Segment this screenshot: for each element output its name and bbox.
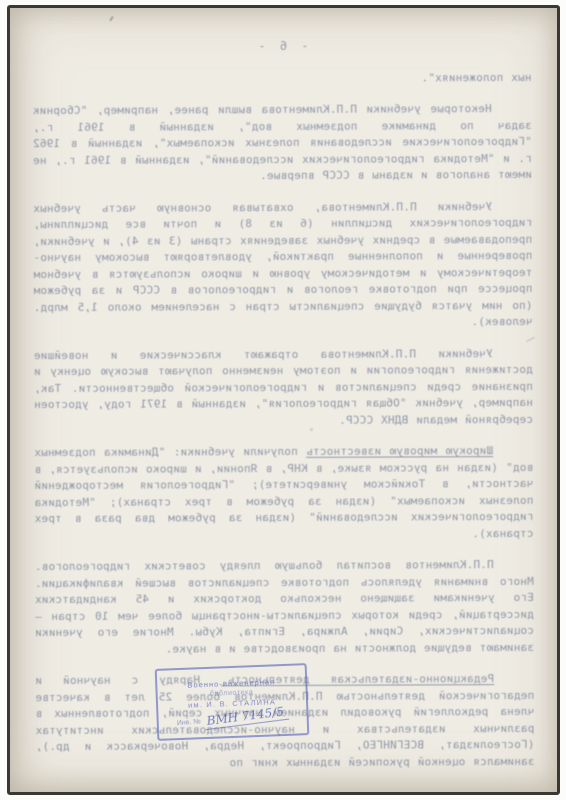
paragraph-text: Учебники П.П.Климентова отражают классич… <box>34 347 533 427</box>
hanging-line: ных положениях". <box>33 69 532 88</box>
scanned-document-page: - 6 - ных положениях". Некоторые учебник… <box>0 0 566 800</box>
paragraph: П.П.Климентов воспитал большую плеяду со… <box>35 557 534 658</box>
paragraph: Широкую мировую известность получили уче… <box>34 443 533 544</box>
stamp-line-1: Военно-инженерная <box>187 677 275 689</box>
paragraph: Учебники П.П.Климентова, охватывая основ… <box>33 198 533 332</box>
stamp-inventory-row: Инв. № ВМН 7145/5 <box>176 705 288 729</box>
paragraph-text: П.П.Климентов воспитал большую плеяду со… <box>35 558 534 655</box>
scan-speck <box>109 16 119 25</box>
stamp-inventory-label: Инв. № <box>177 718 201 727</box>
stamp-line-2: библиотека <box>210 689 254 698</box>
paragraph: Некоторые учебники П.П.Климентова вышли … <box>33 101 532 186</box>
paragraph-text: Некоторые учебники П.П.Климентова вышли … <box>33 102 532 182</box>
library-stamp: Военно-инженерная библиотека им. И. В. С… <box>155 663 310 741</box>
paragraph-text: получили учебники: "Динамика подземных в… <box>34 445 533 540</box>
paragraph-lead: Широкую мировую известность <box>306 444 493 458</box>
bleedthrough-text-layer: - 6 - ных положениях". Некоторые учебник… <box>32 37 534 772</box>
scan-frame: - 6 - ных положениях". Некоторые учебник… <box>7 5 560 795</box>
paragraph-text: Учебники П.П.Климентова, охватывая основ… <box>33 200 533 329</box>
scan-speck <box>310 428 313 431</box>
paragraph: Учебники П.П.Климентова отражают классич… <box>34 345 533 430</box>
page-number: - 6 - <box>32 37 531 56</box>
